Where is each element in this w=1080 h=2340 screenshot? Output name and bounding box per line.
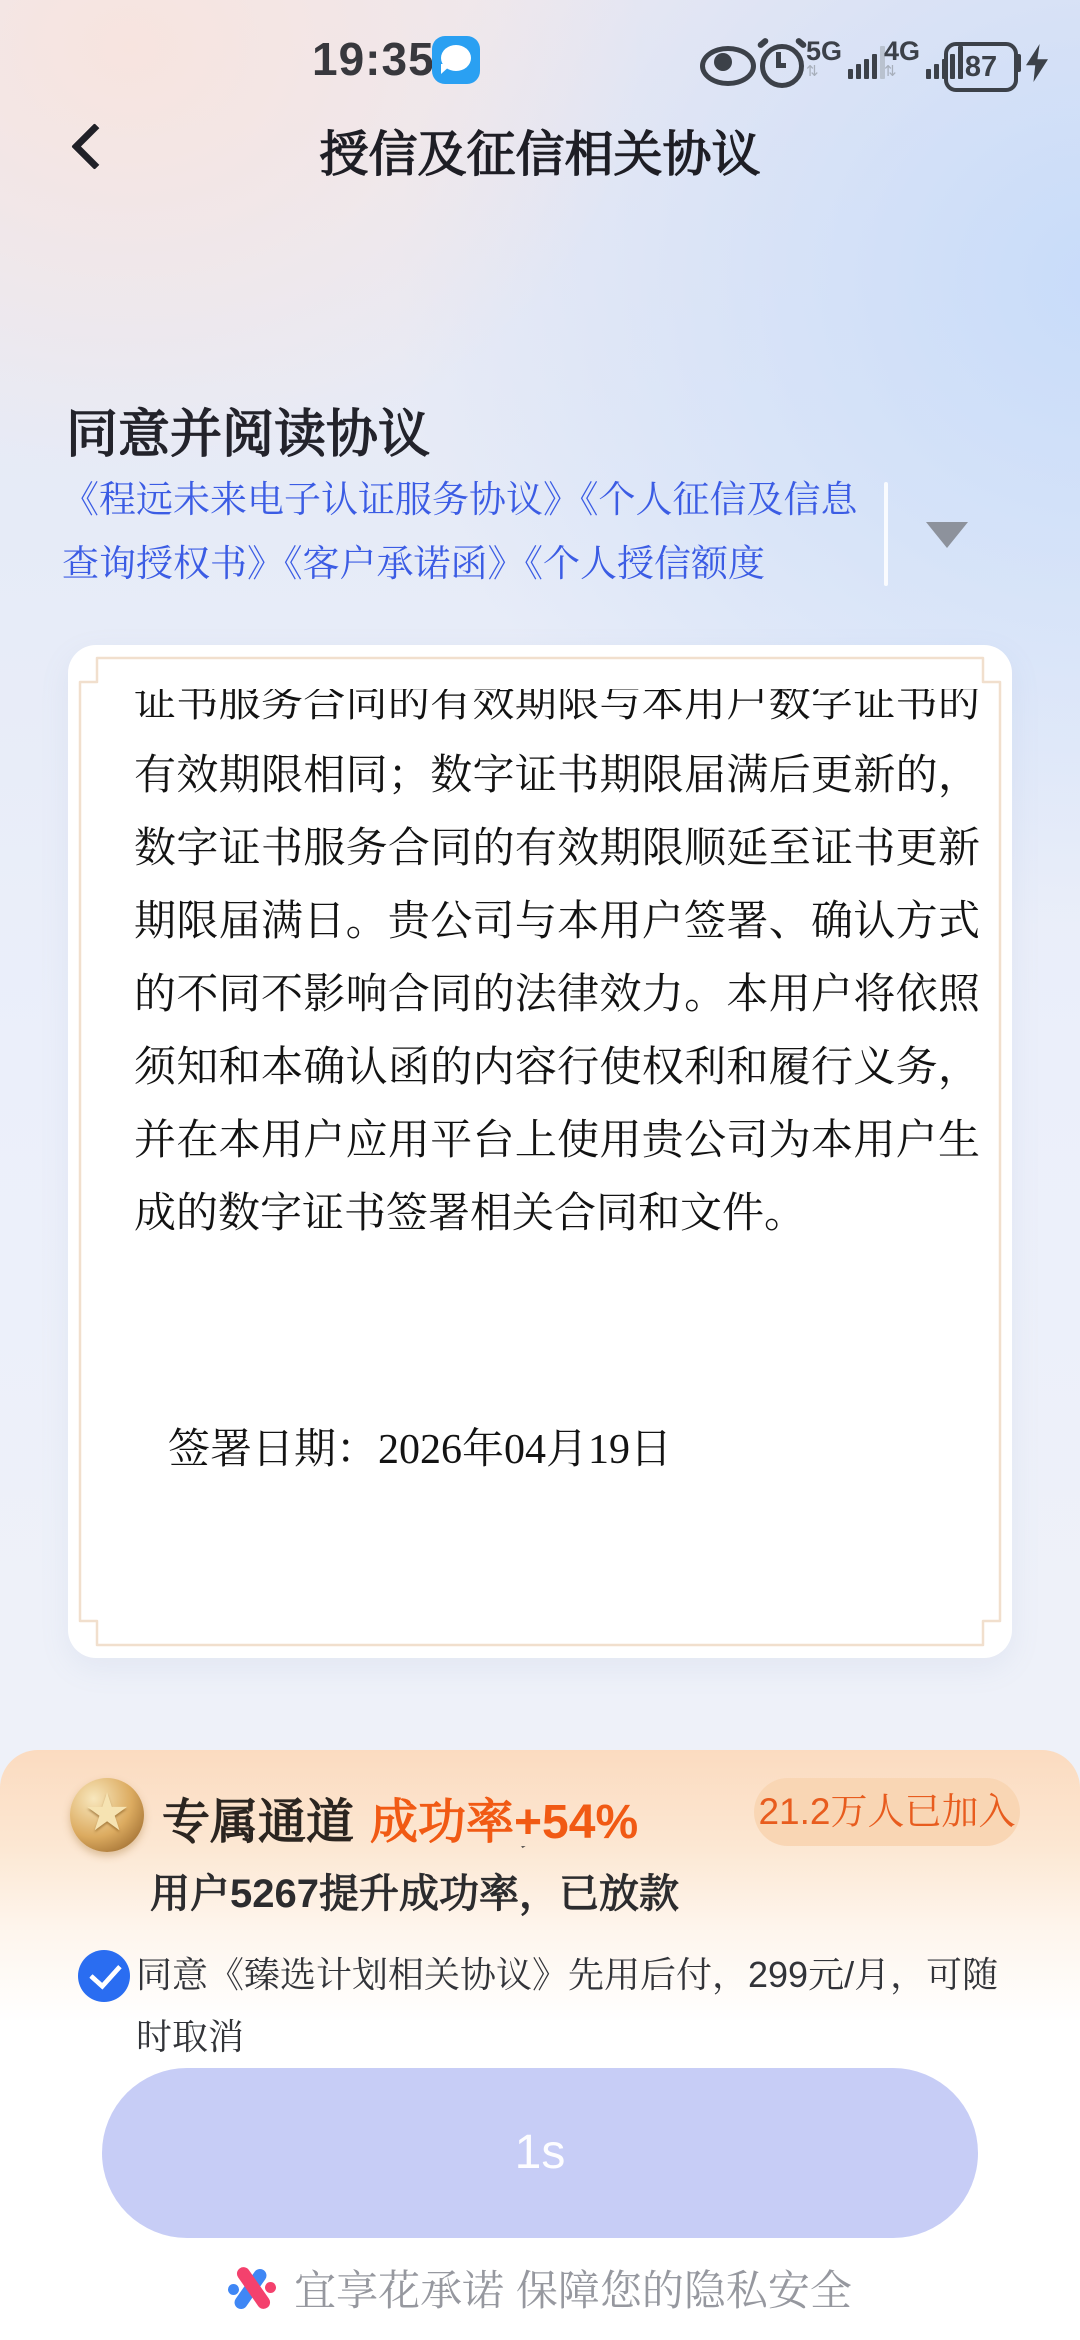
signal-5g: 5G ⇅ (806, 38, 885, 79)
battery-nub (1016, 54, 1021, 72)
message-notification-icon (432, 36, 480, 84)
gold-medal-icon: ★ (70, 1778, 144, 1852)
links-divider (884, 482, 888, 586)
page-title: 授信及征信相关协议 (0, 116, 1080, 186)
joined-count-badge: 21.2万人已加入 (754, 1778, 1020, 1846)
star-icon: ★ (70, 1774, 144, 1848)
brand-logo-icon (228, 2262, 276, 2314)
network-type-label: 5G (806, 36, 842, 66)
consent-label[interactable]: 同意《臻选计划相关协议》先用后付，299元/月，可随时取消 (136, 1944, 1014, 2068)
countdown-submit-button[interactable]: 1s (102, 2068, 978, 2238)
signature-date: 签署日期：2026年04月19日 (168, 1416, 672, 1476)
agreement-document-card[interactable]: 证书服务合同的有效期限与本用户数字证书的有效期限相同；数字证书期限届满后更新的，… (68, 645, 1012, 1658)
alarm-clock-hands (776, 52, 781, 65)
charging-bolt-icon (1026, 44, 1048, 82)
data-transfer-arrows-icon: ⇅ (884, 65, 920, 79)
promo-channel-label: 专属通道 (162, 1783, 354, 1852)
logo-blue-dot (228, 2284, 239, 2295)
consent-checkbox[interactable] (78, 1950, 130, 2002)
signal-bars-icon (848, 46, 885, 79)
joined-count-text: 21.2万人已加入 (758, 1791, 1015, 1832)
agree-section-heading: 同意并阅读协议 (66, 392, 430, 467)
agreement-body-text: 证书服务合同的有效期限与本用户数字证书的有效期限相同；数字证书期限届满后更新的，… (134, 689, 980, 1251)
promo-title-row: 专属通道 成功率+54% (162, 1786, 638, 1848)
document-scroll-area[interactable]: 证书服务合同的有效期限与本用户数字证书的有效期限相同；数字证书期限届满后更新的，… (134, 689, 980, 1389)
battery-indicator: 87 (944, 42, 1018, 92)
network-type-label: 4G (884, 36, 920, 66)
logo-pink-dot (265, 2282, 276, 2293)
privacy-promise-text: 宜享花承诺 保障您的隐私安全 (294, 2258, 852, 2318)
agreement-links[interactable]: 《程远未来电子认证服务协议》《个人征信及信息查询授权书》《客户承诺函》《个人授信… (62, 468, 894, 596)
privacy-footer: 宜享花承诺 保障您的隐私安全 (0, 2258, 1080, 2318)
success-marquee: 用户5267提升成功率，已放款 用户5267提升成功率，已放款 (150, 1846, 910, 1926)
marquee-item-current: 用户5267提升成功率，已放款 (150, 1862, 910, 1919)
battery-percent: 87 (965, 51, 997, 83)
chevron-down-icon[interactable] (926, 522, 968, 548)
clock-time: 19:35 (312, 32, 435, 86)
marquee-item-previous: 用户5267提升成功率，已放款 (150, 1846, 910, 1854)
eye-protection-icon (700, 46, 756, 86)
countdown-label: 1s (102, 2068, 978, 2238)
data-transfer-arrows-icon: ⇅ (806, 65, 842, 79)
promo-success-rate: 成功率+54% (370, 1783, 638, 1852)
